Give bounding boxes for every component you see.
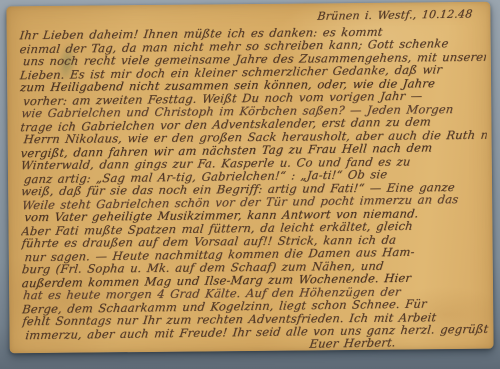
- letter-body: Ihr Lieben daheim! Ihnen müßte ich es da…: [20, 25, 489, 341]
- scan-background: Brünen i. Westf., 10.12.48 Ihr Lieben da…: [0, 0, 500, 369]
- dateline: Brünen i. Westf., 10.12.48: [317, 7, 473, 22]
- postcard: Brünen i. Westf., 10.12.48 Ihr Lieben da…: [6, 2, 493, 354]
- signature: Euer Herbert.: [309, 335, 397, 350]
